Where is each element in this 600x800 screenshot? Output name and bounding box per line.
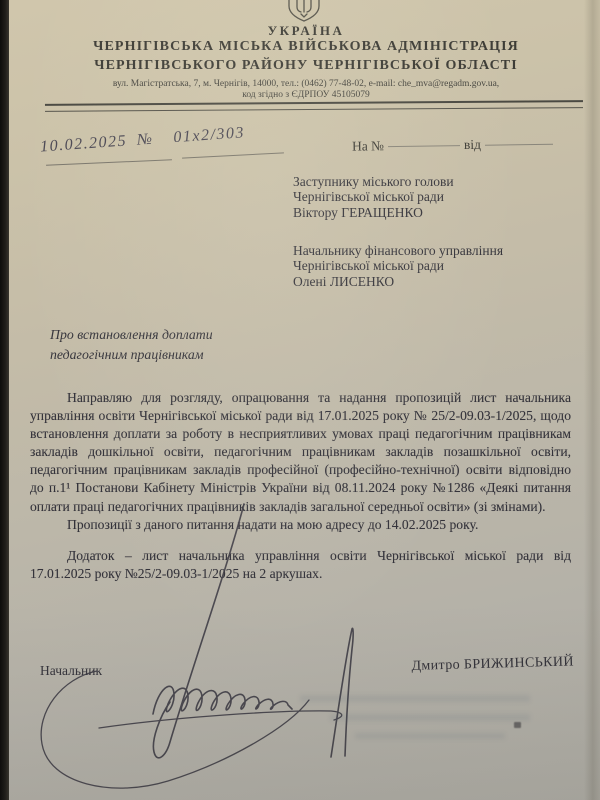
paper-right-shadow [584,0,600,800]
subject-block: Про встановлення доплати педагогічним пр… [50,325,213,365]
number-sign: № [136,131,154,149]
recipient-name: Олені ЛИСЕНКО [293,274,503,289]
recipient-line: Заступнику міського голови [293,174,454,189]
reply-date-blank [485,144,553,146]
document-photo: УКРАЇНА ЧЕРНІГІВСЬКА МІСЬКА ВІЙСЬКОВА АД… [0,0,600,800]
subject-line: Про встановлення доплати [50,325,213,345]
subject-line: педагогічним працівникам [50,345,213,365]
photo-left-edge [0,0,9,800]
reply-reference-row: На №від [352,135,582,154]
letterhead-edrpou: код згідно з ЄДРПОУ 45105079 [20,90,592,100]
body-paragraph: Пропозиції з даного питання надати на мо… [30,516,571,534]
ink-bleedthrough [330,714,530,721]
paper-speck [514,722,521,728]
reply-number-label: На № [352,138,384,154]
recipient-line: Чернігівської міської ради [293,258,503,273]
letterhead-country: УКРАЇНА [20,23,592,39]
signer-position: Начальник [40,663,102,679]
recipient-block-finance-head: Начальнику фінансового управління Черніг… [293,243,503,289]
recipient-line: Начальнику фінансового управління [293,243,503,258]
ink-bleedthrough [355,733,505,739]
body-paragraph: Направляю для розгляду, опрацювання та н… [30,389,571,516]
body-paragraph-attachment: Додаток – лист начальника управління осв… [30,547,571,583]
letter-body: Направляю для розгляду, опрацювання та н… [30,389,571,583]
letterhead-address: вул. Магістратська, 7, м. Чернігів, 1400… [20,79,592,89]
trident-emblem-icon [283,0,325,23]
recipient-line: Чернігівської міської ради [293,189,454,204]
reply-number-blank [388,145,460,147]
outgoing-number: 01х2/303 [173,124,246,146]
letterhead-org-line1: ЧЕРНІГІВСЬКА МІСЬКА ВІЙСЬКОВА АДМІНІСТРА… [20,39,592,55]
ink-bleedthrough [300,695,530,702]
recipient-name: Віктору ГЕРАЩЕНКО [293,205,454,220]
letterhead-org-line2: ЧЕРНІГІВСЬКОГО РАЙОНУ ЧЕРНІГІВСЬКОЇ ОБЛА… [20,58,592,74]
recipient-block-deputy-mayor: Заступнику міського голови Чернігівської… [293,174,454,220]
reply-date-label: від [464,137,481,153]
